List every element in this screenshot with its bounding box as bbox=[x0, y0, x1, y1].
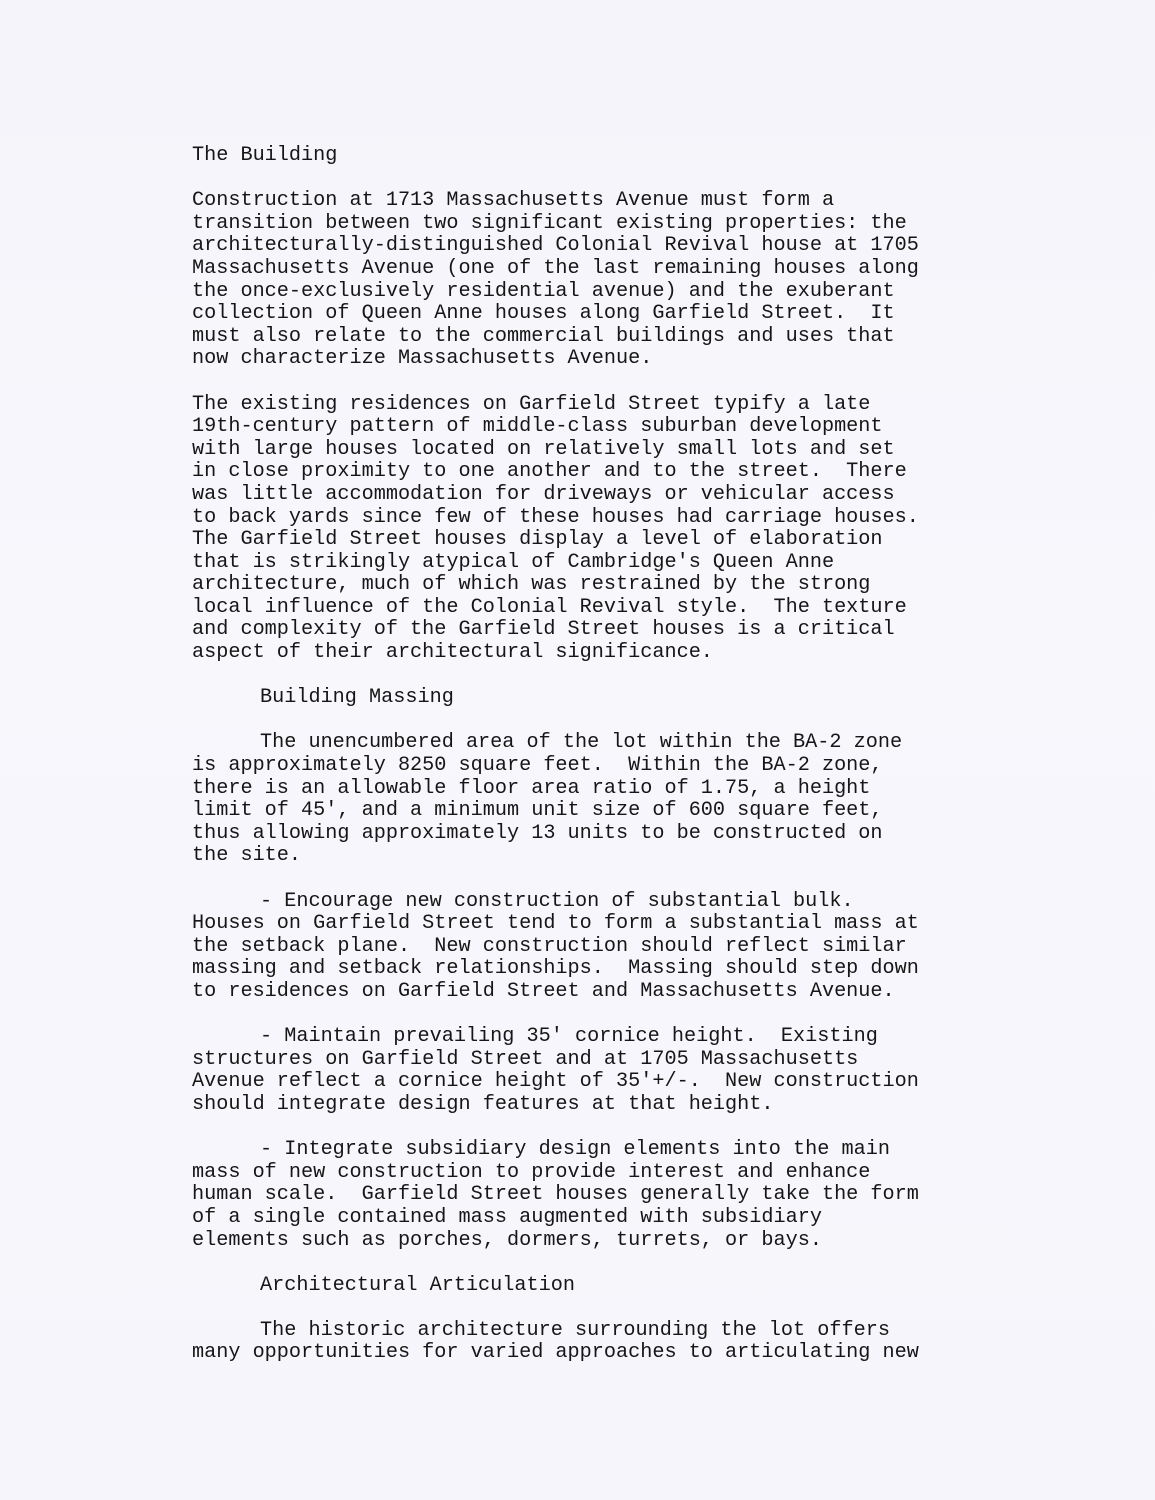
paragraph-line: now characterize Massachusetts Avenue. bbox=[192, 348, 1032, 371]
guideline-line: elements such as porches, dormers, turre… bbox=[192, 1230, 1032, 1253]
guideline-line: Avenue reflect a cornice height of 35'+/… bbox=[192, 1071, 1032, 1094]
document-body: The Building Construction at 1713 Massac… bbox=[192, 145, 1032, 1365]
paragraph-line: Construction at 1713 Massachusetts Avenu… bbox=[192, 190, 1032, 213]
section-heading-architectural-articulation: Architectural Articulation bbox=[192, 1275, 1032, 1298]
paragraph-line: The Garfield Street houses display a lev… bbox=[192, 529, 1032, 552]
paragraph-line: architecturally-distinguished Colonial R… bbox=[192, 235, 1032, 258]
guideline-line: massing and setback relationships. Massi… bbox=[192, 958, 1032, 981]
paragraph-line: The unencumbered area of the lot within … bbox=[192, 732, 1032, 755]
spacer bbox=[192, 665, 1032, 688]
paragraph-line: The existing residences on Garfield Stre… bbox=[192, 394, 1032, 417]
spacer bbox=[192, 371, 1032, 394]
paragraph-line: that is strikingly atypical of Cambridge… bbox=[192, 552, 1032, 575]
guideline-line: human scale. Garfield Street houses gene… bbox=[192, 1184, 1032, 1207]
spacer bbox=[192, 710, 1032, 733]
articulation-paragraph: The historic architecture surrounding th… bbox=[192, 1320, 1032, 1365]
paragraph-line: many opportunities for varied approaches… bbox=[192, 1342, 1032, 1365]
spacer bbox=[192, 868, 1032, 891]
guideline-line: - Maintain prevailing 35' cornice height… bbox=[192, 1026, 1032, 1049]
paragraph-line: there is an allowable floor area ratio o… bbox=[192, 778, 1032, 801]
guideline-line: structures on Garfield Street and at 170… bbox=[192, 1049, 1032, 1072]
spacer bbox=[192, 1004, 1032, 1027]
spacer bbox=[192, 168, 1032, 191]
document-page: The Building Construction at 1713 Massac… bbox=[0, 0, 1155, 1500]
paragraph-line: the site. bbox=[192, 845, 1032, 868]
guideline-line: should integrate design features at that… bbox=[192, 1094, 1032, 1117]
paragraph-line: limit of 45', and a minimum unit size of… bbox=[192, 800, 1032, 823]
guideline-subsidiary-elements: - Integrate subsidiary design elements i… bbox=[192, 1139, 1032, 1252]
paragraph-line: to back yards since few of these houses … bbox=[192, 507, 1032, 530]
paragraph-line: the once-exclusively residential avenue)… bbox=[192, 281, 1032, 304]
paragraph-line: is approximately 8250 square feet. Withi… bbox=[192, 755, 1032, 778]
spacer bbox=[192, 1297, 1032, 1320]
guideline-line: Houses on Garfield Street tend to form a… bbox=[192, 913, 1032, 936]
paragraph-line: The historic architecture surrounding th… bbox=[192, 1320, 1032, 1343]
paragraph-line: must also relate to the commercial build… bbox=[192, 326, 1032, 349]
guideline-cornice-height: - Maintain prevailing 35' cornice height… bbox=[192, 1026, 1032, 1116]
guideline-line: - Integrate subsidiary design elements i… bbox=[192, 1139, 1032, 1162]
section-heading-the-building: The Building bbox=[192, 145, 1032, 168]
paragraph-line: thus allowing approximately 13 units to … bbox=[192, 823, 1032, 846]
paragraph-line: collection of Queen Anne houses along Ga… bbox=[192, 303, 1032, 326]
guideline-line: - Encourage new construction of substant… bbox=[192, 891, 1032, 914]
paragraph-line: aspect of their architectural significan… bbox=[192, 642, 1032, 665]
paragraph-line: 19th-century pattern of middle-class sub… bbox=[192, 416, 1032, 439]
paragraph-line: and complexity of the Garfield Street ho… bbox=[192, 619, 1032, 642]
spacer bbox=[192, 1252, 1032, 1275]
paragraph-line: local influence of the Colonial Revival … bbox=[192, 597, 1032, 620]
section-heading-building-massing: Building Massing bbox=[192, 687, 1032, 710]
guideline-line: mass of new construction to provide inte… bbox=[192, 1162, 1032, 1185]
residences-paragraph: The existing residences on Garfield Stre… bbox=[192, 394, 1032, 665]
paragraph-line: in close proximity to one another and to… bbox=[192, 461, 1032, 484]
paragraph-line: architecture, much of which was restrain… bbox=[192, 574, 1032, 597]
paragraph-line: was little accommodation for driveways o… bbox=[192, 484, 1032, 507]
paragraph-line: transition between two significant exist… bbox=[192, 213, 1032, 236]
intro-paragraph: Construction at 1713 Massachusetts Avenu… bbox=[192, 190, 1032, 371]
guideline-line: of a single contained mass augmented wit… bbox=[192, 1207, 1032, 1230]
guideline-line: to residences on Garfield Street and Mas… bbox=[192, 981, 1032, 1004]
spacer bbox=[192, 1117, 1032, 1140]
paragraph-line: Massachusetts Avenue (one of the last re… bbox=[192, 258, 1032, 281]
paragraph-line: with large houses located on relatively … bbox=[192, 439, 1032, 462]
guideline-substantial-bulk: - Encourage new construction of substant… bbox=[192, 891, 1032, 1004]
massing-paragraph: The unencumbered area of the lot within … bbox=[192, 732, 1032, 868]
guideline-line: the setback plane. New construction shou… bbox=[192, 936, 1032, 959]
